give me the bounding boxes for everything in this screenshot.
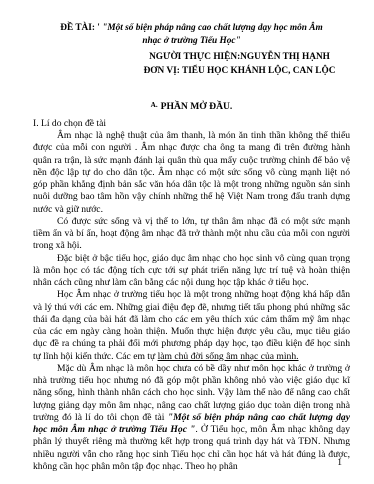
- paragraph: Mặc dù Âm nhạc là môn học chưa có bề dầy…: [33, 363, 350, 473]
- section-heading: A.PHẦN MỞ ĐẦU.: [33, 99, 350, 113]
- subsection-heading: I. Lí do chọn đề tài: [33, 118, 350, 130]
- document-page: ĐỀ TÀI: ' "Một số biện pháp nâng cao chấ…: [0, 0, 374, 484]
- paragraph: Âm nhạc là nghệ thuật của âm thanh, là m…: [33, 130, 350, 216]
- section-title: PHẦN MỞ ĐẦU.: [161, 101, 233, 112]
- paragraph: Học Âm nhạc ở trường tiểu học là một tro…: [33, 289, 350, 363]
- title-block: ĐỀ TÀI: ' "Một số biện pháp nâng cao chấ…: [33, 22, 350, 78]
- doc-title: ĐỀ TÀI: ' "Một số biện pháp nâng cao chấ…: [33, 22, 350, 48]
- paragraph: Có được sức sống và vị thế to lớn, tự th…: [33, 216, 350, 253]
- body-paragraphs: Âm nhạc là nghệ thuật của âm thanh, là m…: [33, 130, 350, 473]
- unit-line: ĐƠN VỊ: TIỂU HỌC KHÁNH LỘC, CAN LỘC: [129, 65, 350, 79]
- author-line: NGƯỜI THỰC HIỆN:NGUYỄN THỊ HẠNH: [129, 51, 350, 65]
- page-number: 1: [337, 458, 342, 468]
- paragraph: Đặc biệt ở bậc tiểu học, giáo dục âm nhạ…: [33, 253, 350, 290]
- section-letter: A.: [151, 101, 158, 109]
